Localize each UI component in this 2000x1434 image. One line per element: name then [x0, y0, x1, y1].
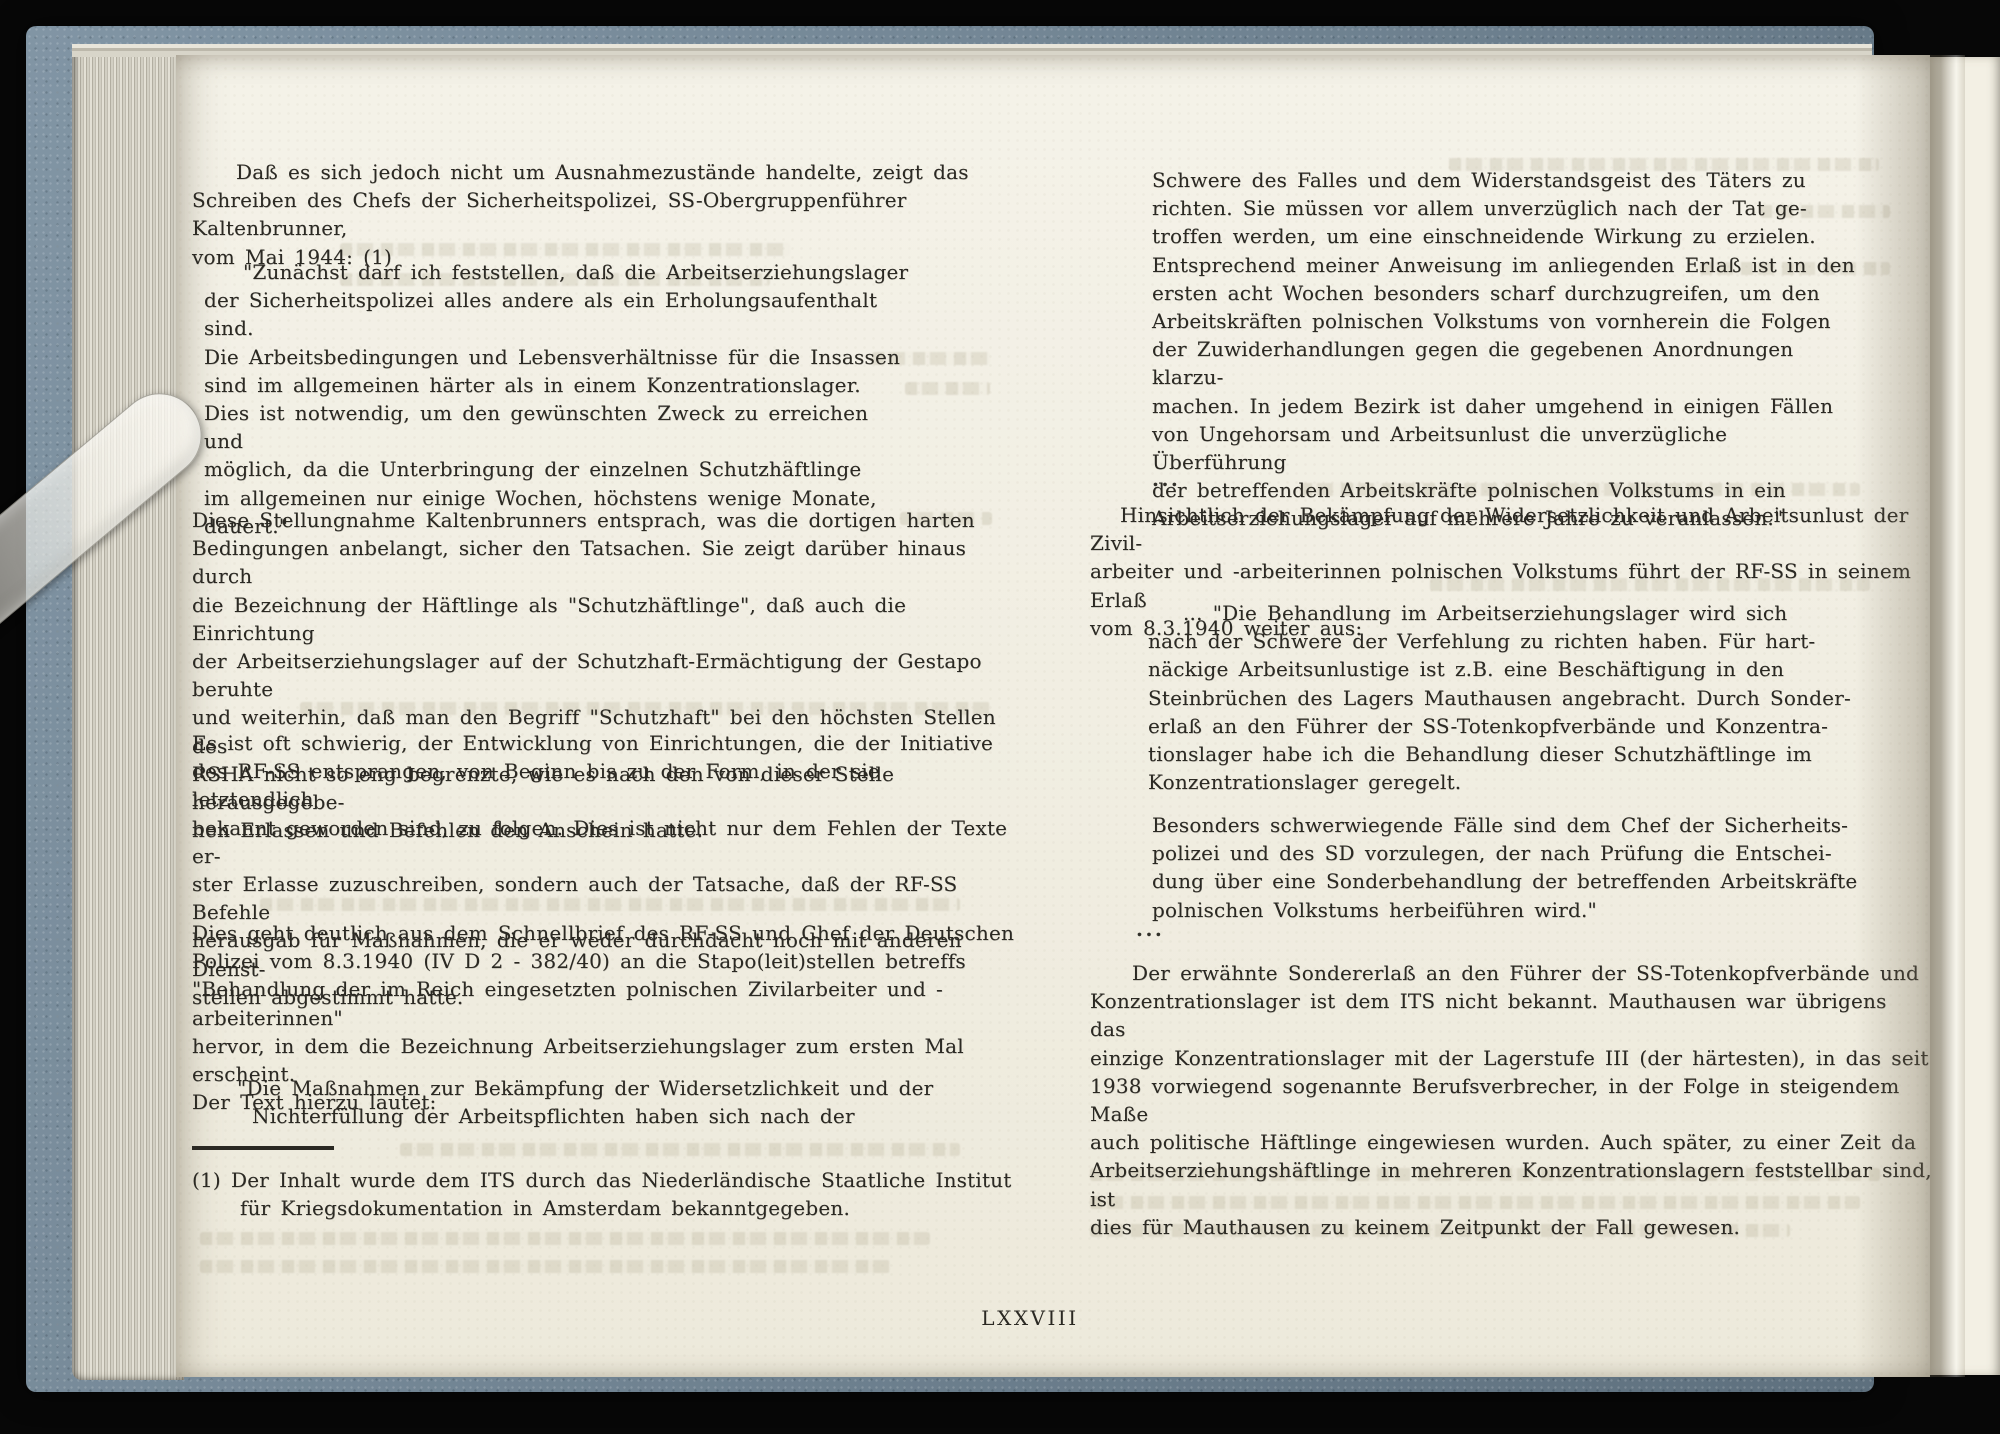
page-number: LXXVIII — [930, 1306, 1130, 1330]
bleed-through-text — [200, 1232, 930, 1245]
paragraph: Daß es sich jedoch nicht um Ausnahmezust… — [192, 158, 1007, 271]
paragraph: Der erwähnte Sondererlaß an den Führer d… — [1090, 959, 1932, 1241]
facing-page-sliver — [1930, 57, 2000, 1375]
bleed-through-text — [400, 1143, 960, 1156]
page-edge-stack — [72, 44, 184, 1380]
bleed-through-text — [905, 382, 990, 395]
block-quote: ... "Die Behandlung im Arbeitserziehungs… — [1148, 599, 1870, 796]
book-photo: Daß es sich jedoch nicht um Ausnahmezust… — [0, 0, 2000, 1434]
footnote: (1) Der Inhalt wurde dem ITS durch das N… — [192, 1166, 1040, 1222]
block-quote: "Die Maßnahmen zur Bekämpfung der Widers… — [237, 1074, 957, 1130]
ellipsis-mark: ... — [1136, 921, 1164, 937]
block-quote: "Zunächst darf ich feststellen, daß die … — [204, 258, 909, 540]
quote-continuation: Schwere des Falles und dem Widerstandsge… — [1152, 166, 1857, 533]
footnote-rule — [192, 1146, 334, 1150]
ellipsis-mark: ... — [1152, 471, 1180, 487]
bleed-through-text — [200, 1260, 890, 1273]
block-quote: Besonders schwerwiegende Fälle sind dem … — [1152, 811, 1874, 924]
